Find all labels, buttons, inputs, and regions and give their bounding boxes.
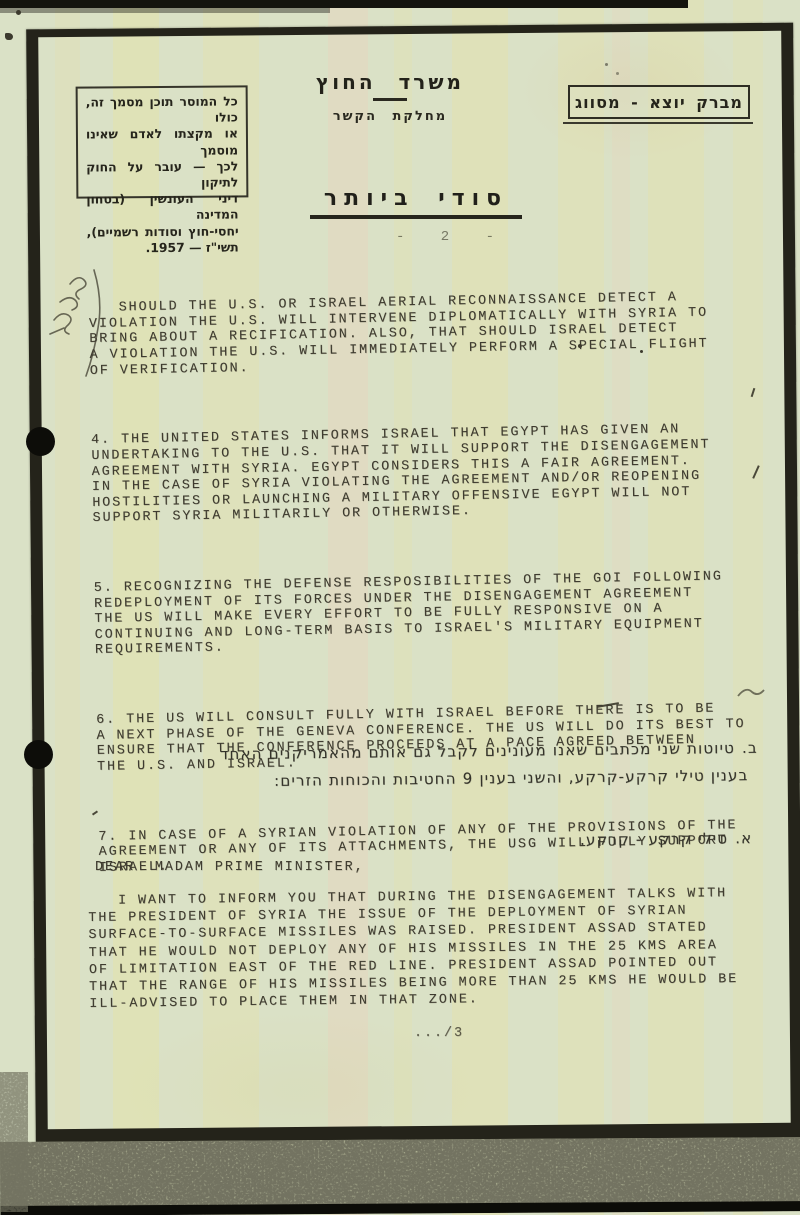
- ministry-divider: [373, 98, 407, 101]
- stamp-line: לכך — עובר על החוק לתיקון: [86, 158, 238, 191]
- paragraph-3-continuation: SHOULD THE U.S. OR ISRAEL AERIAL RECONNA…: [89, 289, 760, 379]
- ministry-header: משרד החוץ מחלקת הקשר: [280, 70, 500, 124]
- letter-salutation: DEAR MADAM PRIME MINISTER,: [95, 860, 365, 875]
- page-number: - 2 -: [396, 229, 508, 245]
- telegram-classification-box: מברק יוצא - מסווג: [568, 85, 750, 119]
- ink-speck: [16, 10, 21, 15]
- ink-speck: [5, 33, 13, 40]
- stamp-line: כל המוסר תוכן מסמך זה, כולו: [86, 93, 238, 126]
- hebrew-note-marker: ב.: [742, 739, 758, 757]
- secrecy-law-stamp: כל המוסר תוכן מסמך זה, כולו או מקצתו לאד…: [76, 85, 249, 198]
- hebrew-note-item: א.טילי קרקע - קרקע.: [580, 829, 753, 849]
- letter-body: I WANT TO INFORM YOU THAT DURING THE DIS…: [88, 885, 769, 1014]
- ministry-title: משרד החוץ: [280, 70, 500, 94]
- ink-speck: [616, 72, 619, 75]
- stamp-line: דיני העונשין (בטחון המדינה: [86, 191, 238, 224]
- stamp-line: או מקצתו לאדם שאינו מוסמך: [86, 126, 238, 159]
- classification-underline: [563, 122, 753, 124]
- scan-top-edge-shadow: [0, 8, 330, 13]
- secrecy-underline: [310, 215, 522, 219]
- stamp-line: יחסי-חוץ וסודות רשמיים),: [87, 223, 239, 240]
- punch-hole: [26, 427, 55, 456]
- continuation-mark: .../3: [414, 1026, 464, 1041]
- secrecy-heading-block: סודי ביותר: [310, 186, 522, 219]
- punch-hole: [24, 740, 53, 769]
- scan-top-edge: [0, 0, 688, 8]
- scanned-telegram-page: משרד החוץ מחלקת הקשר מברק יוצא - מסווג כ…: [0, 0, 800, 1215]
- paragraph-5: 5. RECOGNIZING THE DEFENSE RESPOSIBILITI…: [94, 569, 765, 659]
- ink-speck: [605, 63, 608, 66]
- hebrew-item-text: טילי קרקע - קרקע.: [580, 829, 728, 849]
- scan-bottom-noise-band: [0, 1137, 800, 1215]
- stamp-line: תשי"ז — 1957.: [87, 239, 239, 256]
- scan-left-noise-strip: [0, 1072, 28, 1212]
- secrecy-heading: סודי ביותר: [310, 186, 522, 211]
- ministry-department: מחלקת הקשר: [280, 109, 500, 124]
- paragraph-6: 6. THE US WILL CONSULT FULLY WITH ISRAEL…: [96, 701, 767, 776]
- hebrew-item-marker: א.: [735, 829, 752, 847]
- paragraph-4: 4. THE UNITED STATES INFORMS ISRAEL THAT…: [91, 421, 763, 527]
